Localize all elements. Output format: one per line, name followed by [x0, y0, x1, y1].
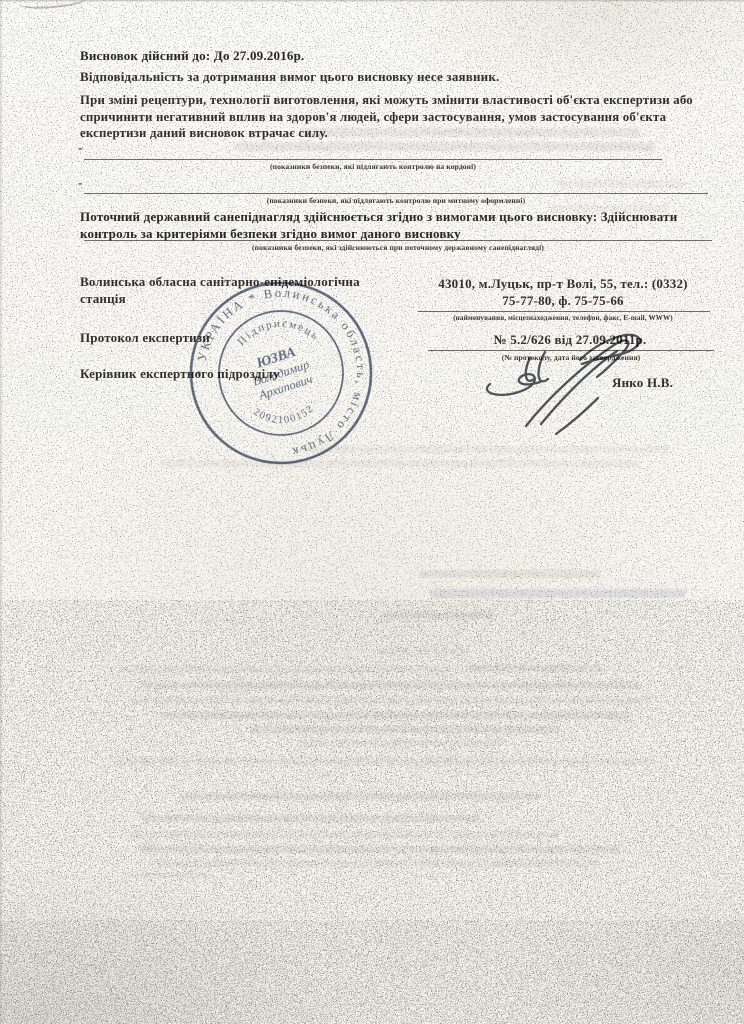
- institution-address-line1: 43010, м.Луцьк, пр-т Волі, 55, тел.: (03…: [415, 276, 711, 293]
- caption-border-control: (показники безпеки, які підлягають контр…: [84, 162, 662, 171]
- round-seal: * УКРАЇНА * Волинська область, місто Луц…: [180, 272, 383, 475]
- bleed-through-text: [150, 860, 600, 867]
- bleed-through-text: [383, 612, 495, 619]
- blank-dash-customs: -: [78, 175, 83, 192]
- validity-value: До 27.09.2016р.: [214, 48, 305, 63]
- scanned-document-page: Висновок дійсний до: До 27.09.2016р. Від…: [0, 0, 744, 1024]
- bleed-through-text: [430, 589, 685, 598]
- seal-texts: * УКРАЇНА * Волинська область, місто Луц…: [188, 280, 374, 466]
- bleed-through-text: [140, 682, 640, 689]
- bleed-through-text: [235, 142, 655, 151]
- scan-noise-overlay: [0, 0, 744, 1024]
- bleed-through-text: [130, 697, 650, 704]
- validity-line: Висновок дійсний до: До 27.09.2016р.: [80, 48, 304, 65]
- fill-in-rule-institution: [418, 311, 710, 312]
- validity-label: Висновок дійсний до:: [80, 48, 210, 63]
- scan-corner-streak: [18, 0, 89, 11]
- bleed-through-text: [420, 570, 600, 578]
- bleed-through-text: [120, 666, 450, 673]
- bleed-through-text: [300, 740, 500, 746]
- caption-institution: (найменування, місцезнаходження, телефон…: [410, 314, 716, 323]
- bleed-through-text: [250, 726, 560, 733]
- fill-in-rule-border: [84, 159, 662, 160]
- bleed-through-text: [558, 180, 686, 188]
- bleed-through-text: [115, 758, 655, 765]
- responsibility-line: Відповідальність за дотримання вимог цьо…: [80, 69, 700, 86]
- handwritten-signature: [468, 326, 673, 441]
- sanepid-clause-paragraph: Поточний державний санепіднагляд здійсню…: [80, 209, 698, 242]
- bleed-through-text: [378, 648, 468, 654]
- caption-customs-control: (показники безпеки, які підлягають контр…: [84, 196, 708, 205]
- institution-address-line2: 75-77-80, ф. 75-75-66: [415, 293, 711, 310]
- seal-center-name: ЮЗВА Володимир Архипович: [246, 342, 315, 403]
- blank-dash-border: -: [78, 140, 83, 157]
- scan-top-edge: [0, 0, 744, 2]
- bleed-through-text: [180, 793, 540, 800]
- bleed-through-text: [130, 831, 560, 838]
- bleed-through-text: [468, 665, 603, 672]
- scan-left-edge: [0, 0, 3, 1024]
- bleed-through-text: [140, 815, 480, 822]
- fill-in-rule-customs: [84, 193, 708, 194]
- bleed-through-text: [140, 846, 620, 853]
- seal-id-number: 2092100152: [251, 403, 318, 429]
- change-clause-paragraph: При зміні рецептури, технології виготовл…: [80, 92, 694, 142]
- bleed-through-text: [160, 712, 630, 719]
- institution-address: 43010, м.Луцьк, пр-т Волі, 55, тел.: (03…: [415, 276, 711, 309]
- caption-current-surveillance: (показники безпеки, які здійснюються при…: [84, 243, 712, 252]
- bleed-through-text: [130, 872, 210, 878]
